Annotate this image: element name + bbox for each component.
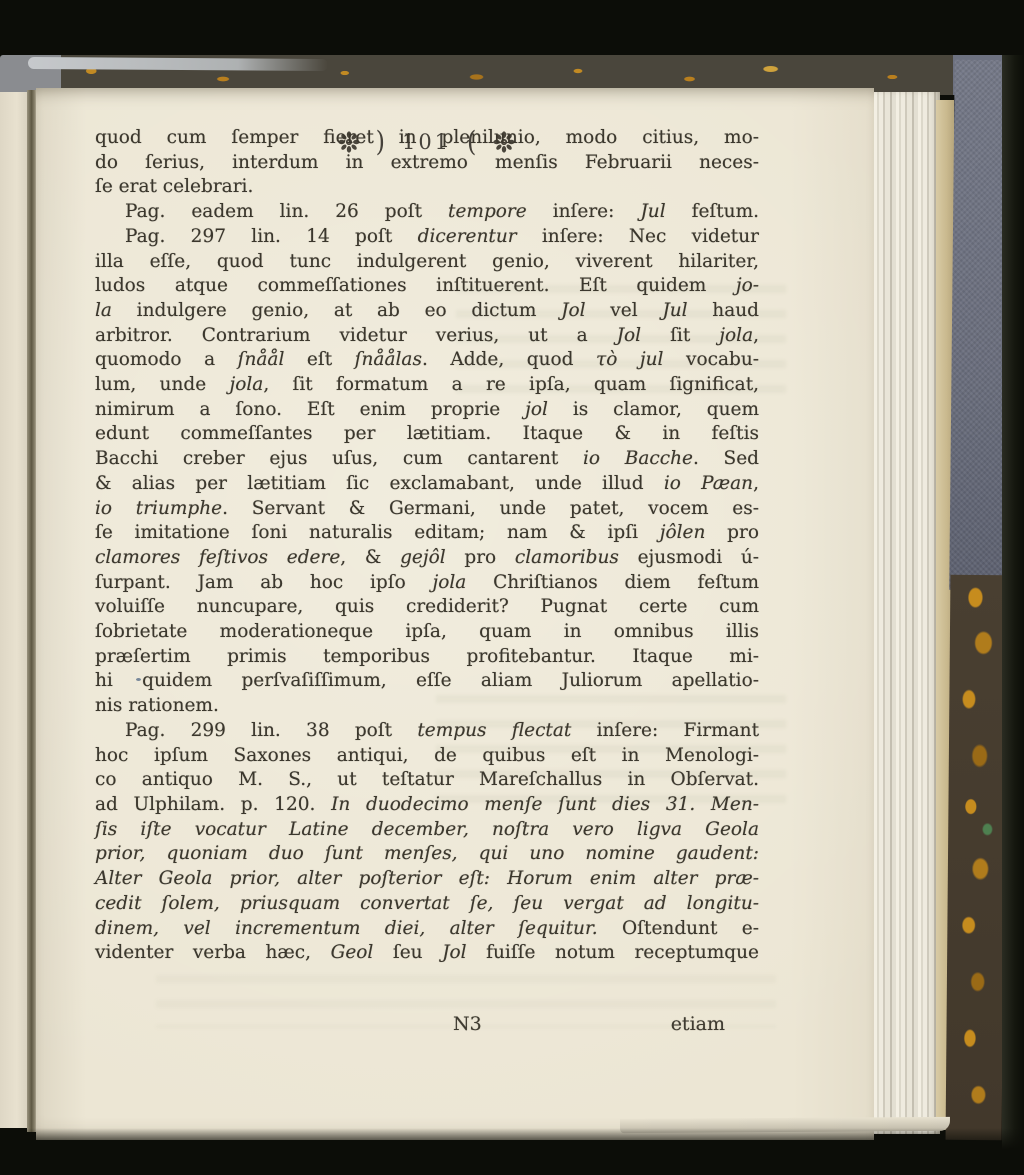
cover-marbled-edge xyxy=(946,575,1007,1140)
text-line: & alias per lætitiam ſic exclamabant, un… xyxy=(95,472,759,497)
text-line: præſertim primis temporibus profitebantu… xyxy=(95,645,759,670)
text-line: co antiquo M. S., ut teſtatur Mareſchall… xyxy=(95,768,759,793)
text-line: prior, quoniam duo ſunt menſes, qui uno … xyxy=(95,842,759,867)
text-line: dinem, vel incrementum diei, alter ſequi… xyxy=(95,917,759,942)
text-line: Bacchi creber ejus uſus, cum cantarent i… xyxy=(95,447,759,472)
text-line: voluiſſe nuncupare, quis crediderit? Pug… xyxy=(95,595,759,620)
body-text: quod cum ſemper fieret in plenilunio, mo… xyxy=(95,126,759,966)
catchword: etiam xyxy=(671,1013,725,1035)
text-line: hoc ipſum Saxones antiqui, de quibus eſt… xyxy=(95,744,759,769)
page-edge-stack xyxy=(874,92,940,1134)
text-line: quomodo a ſnåål eſt ſnåålas. Adde, quod … xyxy=(95,348,759,373)
text-line: quod cum ſemper fieret in plenilunio, mo… xyxy=(95,126,759,151)
text-line: nis rationem. xyxy=(95,694,759,719)
text-line: cedit ſolem, priusquam convertat ſe, ſeu… xyxy=(95,892,759,917)
book-scan-photo: ) 101 ( xyxy=(0,0,1024,1175)
text-line: Alter Geola prior, alter poſterior eſt: … xyxy=(95,867,759,892)
text-line: ſurpant. Jam ab hoc ipſo jola Chriſtiano… xyxy=(95,571,759,596)
cover-cloth-edge xyxy=(949,60,1009,591)
text-line: hi quidem perſvaſiſſimum, eſſe aliam Jul… xyxy=(95,669,759,694)
signature-line: N3 etiam xyxy=(95,1013,759,1035)
text-line: Pag. 299 lin. 38 poſt tempus flectat inſ… xyxy=(95,719,759,744)
facing-page-edge xyxy=(0,92,28,1128)
text-line: clamores feſtivos edere, & gejôl pro cla… xyxy=(95,546,759,571)
book-page: ) 101 ( xyxy=(36,88,874,1140)
text-line: la indulgere genio, at ab eo dictum Jol … xyxy=(95,299,759,324)
text-line: Pag. 297 lin. 14 poſt dicerentur inſere:… xyxy=(95,225,759,250)
text-line: ſe erat celebrari. xyxy=(95,175,759,200)
paper-speck xyxy=(136,678,141,681)
book-top-edge-highlight xyxy=(28,57,328,71)
text-line: ſe imitatione ſoni naturalis editam; nam… xyxy=(95,521,759,546)
text-line: ſobrietate moderationeque ipſa, quam in … xyxy=(95,620,759,645)
text-line: ſis iſte vocatur Latine december, noſtra… xyxy=(95,818,759,843)
text-line: Pag. eadem lin. 26 poſt tempore inſere: … xyxy=(95,200,759,225)
text-line: do ſerius, interdum in extremo menſis Fe… xyxy=(95,151,759,176)
cover-outer-shadow xyxy=(1002,55,1024,1175)
text-line: videnter verba hæc, Geol ſeu Jol fuiſſe … xyxy=(95,941,759,966)
text-line: edunt commeſſantes per lætitiam. Itaque … xyxy=(95,422,759,447)
text-line: illa eſſe, quod tunc indulgerent genio, … xyxy=(95,250,759,275)
text-line: arbitror. Contrarium videtur verius, ut … xyxy=(95,324,759,349)
text-line: lum, unde jola, ſit formatum a re ipſa, … xyxy=(95,373,759,398)
text-line: ludos atque commeſſationes inſtituerent.… xyxy=(95,274,759,299)
text-line: ad Ulphilam. p. 120. In duodecimo menſe … xyxy=(95,793,759,818)
photo-background-bottom xyxy=(0,1128,1024,1175)
text-line: io triumphe. Servant & Germani, unde pat… xyxy=(95,497,759,522)
signature-mark: N3 xyxy=(453,1013,482,1035)
text-line: nimirum a ſono. Eſt enim proprie jol is … xyxy=(95,398,759,423)
